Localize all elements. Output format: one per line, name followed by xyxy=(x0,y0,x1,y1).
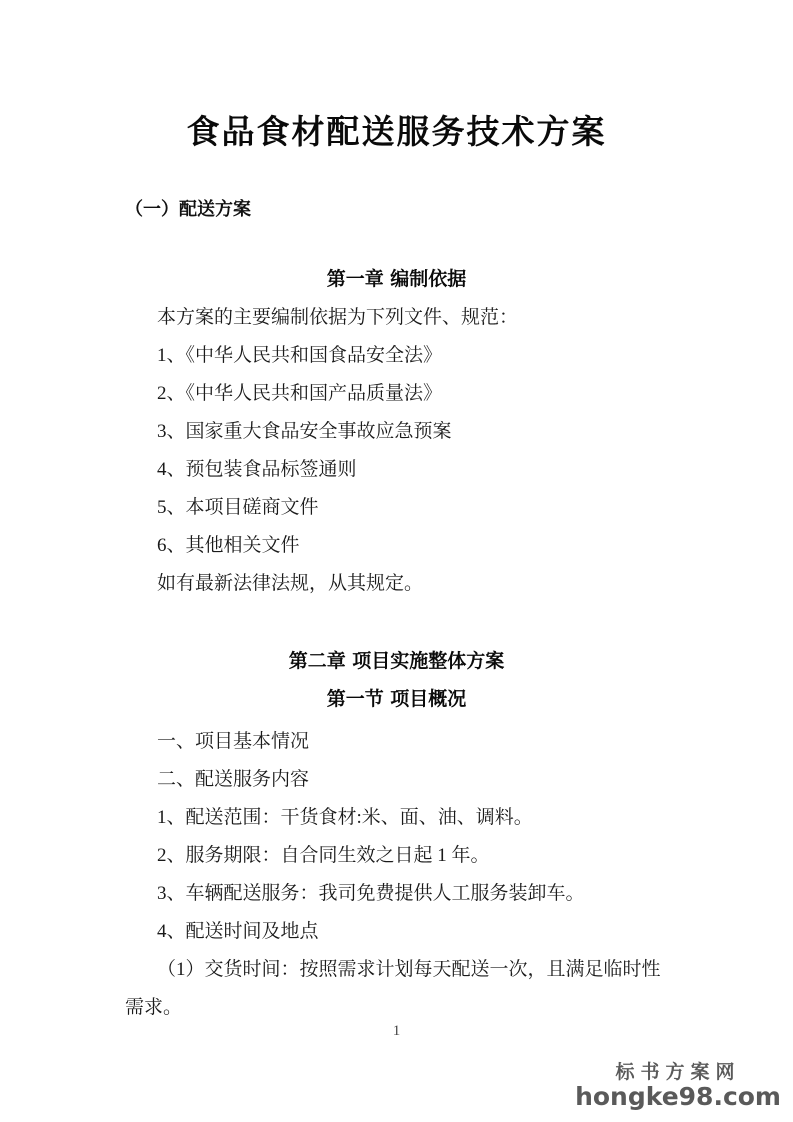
list-item: 一、项目基本情况 xyxy=(125,723,668,761)
watermark: 标书方案网 hongke98.com xyxy=(575,1062,781,1110)
watermark-site-name: 标书方案网 xyxy=(575,1062,781,1083)
list-item: 2、服务期限：自合同生效之日起 1 年。 xyxy=(125,837,668,875)
list-item: 二、配送服务内容 xyxy=(125,761,668,799)
chapter2-heading: 第二章 项目实施整体方案 xyxy=(125,647,668,675)
list-item: 2、《中华人民共和国产品质量法》 xyxy=(125,375,668,413)
paragraph: 如有最新法律法规，从其规定。 xyxy=(125,565,668,603)
chapter2-section1-heading: 第一节 项目概况 xyxy=(125,685,668,713)
list-item: 5、本项目磋商文件 xyxy=(125,489,668,527)
list-item: 6、其他相关文件 xyxy=(125,527,668,565)
page-number: 1 xyxy=(0,1023,793,1040)
document-title: 食品食材配送服务技术方案 xyxy=(125,0,668,158)
paragraph: （1）交货时间：按照需求计划每天配送一次，且满足临时性需求。 xyxy=(125,951,668,1027)
list-item: 4、预包装食品标签通则 xyxy=(125,451,668,489)
list-item: 1、配送范围：干货食材:米、面、油、调料。 xyxy=(125,799,668,837)
list-item: 1、《中华人民共和国食品安全法》 xyxy=(125,337,668,375)
list-item: 3、国家重大食品安全事故应急预案 xyxy=(125,413,668,451)
chapter1-body: 本方案的主要编制依据为下列文件、规范： 1、《中华人民共和国食品安全法》 2、《… xyxy=(125,299,668,603)
document-page: 食品食材配送服务技术方案 （一）配送方案 第一章 编制依据 本方案的主要编制依据… xyxy=(0,0,793,1122)
chapter2-body: 一、项目基本情况 二、配送服务内容 1、配送范围：干货食材:米、面、油、调料。 … xyxy=(125,723,668,1027)
chapter1-heading: 第一章 编制依据 xyxy=(125,265,668,293)
list-item: 3、车辆配送服务：我司免费提供人工服务装卸车。 xyxy=(125,875,668,913)
list-item: 4、配送时间及地点 xyxy=(125,913,668,951)
watermark-site-url: hongke98.com xyxy=(575,1083,781,1111)
part-heading: （一）配送方案 xyxy=(125,198,668,221)
paragraph: 本方案的主要编制依据为下列文件、规范： xyxy=(125,299,668,337)
